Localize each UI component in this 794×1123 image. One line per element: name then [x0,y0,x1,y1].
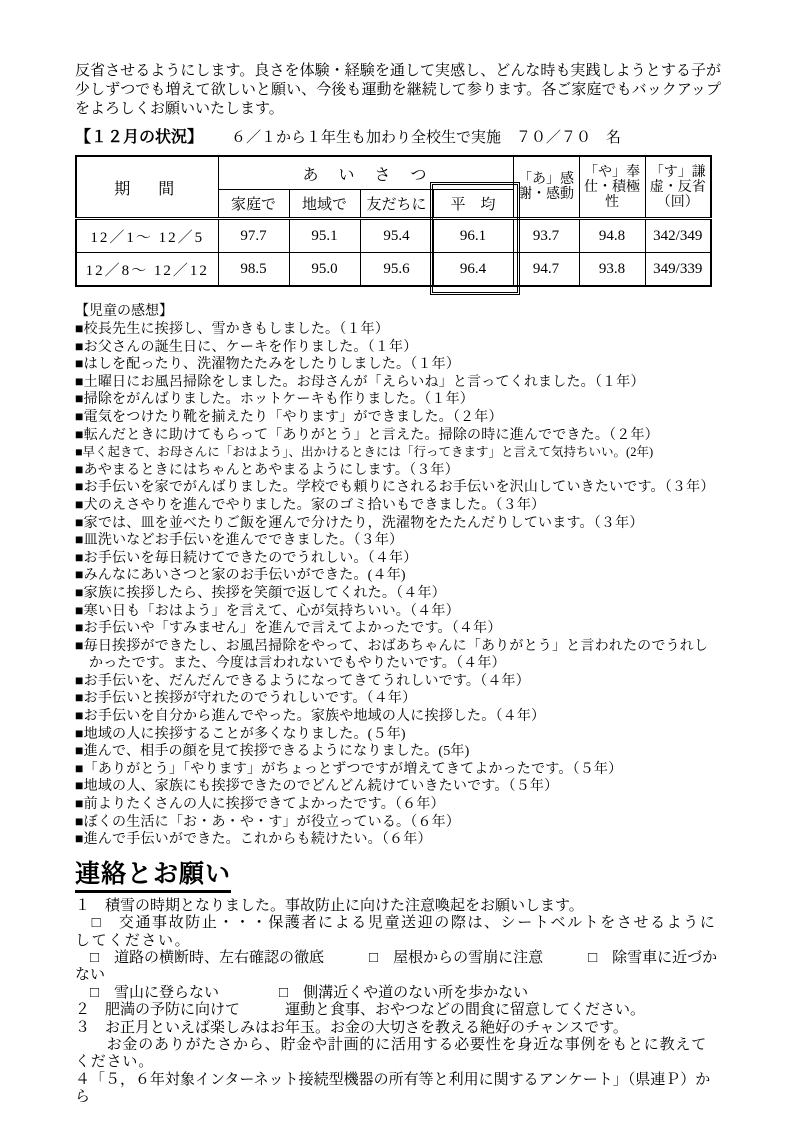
comment-item: ■ぼくの生活に「お・あ・や・す」が役立っている。（６年） [75,814,721,832]
comment-item: ■転んだときに助けてもらって「ありがとう」と言えた。掃除の時に進んでできた。（２… [75,427,721,445]
notice-line: □ 道路の横断時、左右確認の徹底 □ 屋根からの雪崩に注意 □ 除雪車に近づかな… [75,950,721,985]
comment-item: ■早く起きて、お母さんに「おはよう」、出かけるときには「行ってきます」と言えて気… [75,444,721,462]
header-a-gratitude: 「あ」感謝・感動 [513,156,579,219]
ya-value: 94.8 [579,219,645,253]
table-row-week2: 12／8～ 12／12 98.5 95.0 95.6 96.4 94.7 93.… [76,253,711,287]
community-value: 95.1 [289,219,360,253]
su-value: 349/339 [645,253,711,287]
friends-value: 95.4 [360,219,433,253]
home-value: 97.7 [218,219,289,253]
notices-heading: 連絡とお願い [75,861,721,893]
comment-item: ■家族に挨拶したら、挨拶を笑顔で返してくれた。（４年） [75,585,721,603]
comment-item: ■地域の人に挨拶することが多くなりました。(５年) [75,726,721,744]
december-status-text: ６／１から１年生も加わり全校生で実施 ７０／７０ 名 [231,130,621,146]
comment-item: ■寒い日も「おはよう」を言えて、心が気持ちいい。（４年） [75,603,721,621]
comments-heading: 【児童の感想】 [75,303,721,321]
average-value: 96.1 [433,219,513,253]
ya-value: 93.8 [579,253,645,287]
period-cell: 12／8～ 12／12 [76,253,218,287]
notice-line: □ 雪山に登らない □ 側溝近くや道のない所を歩かない [75,985,721,1002]
average-value: 96.4 [433,253,513,287]
comment-item: ■家では、皿を並べたりご飯を運んで分けたり，洗濯物をたたんだりしています。（３年… [75,515,721,533]
comment-item: ■お手伝いと挨拶が守れたのでうれしいです。（４年） [75,690,721,708]
comment-item: ■はしを配ったり、洗濯物たたみをしたりしました。（１年） [75,356,721,374]
header-to-friends: 友だちに [360,190,433,219]
notice-line: お金のありがたさから、貯金や計画的に活用する必要性を身近な事例をもとに教えてくだ… [75,1037,721,1072]
children-comments-section: 【児童の感想】 ■校長先生に挨拶し、雪かきもしました。（１年） ■お父さんの誕生… [75,303,721,849]
header-average: 平 均 [433,190,513,219]
document-page: 反省させるようにします。良さを体験・経験を通して実感し、どんな時も実践しようとす… [0,0,794,1123]
header-greeting-group: あ い さ つ [218,156,513,190]
comment-item: ■みんなにあいさつと家のお手伝いができた。(４年) [75,567,721,585]
header-su-humility: 「す」謙虚・反省（回） [645,156,711,219]
december-status-line: 【１２月の状況】６／１から１年生も加わり全校生で実施 ７０／７０ 名 [75,124,721,147]
greeting-stats-table-wrap: 期 間 あ い さ つ 「あ」感謝・感動 「や」奉仕・積極性 「す」謙虚・反省（… [75,155,715,287]
comment-item: ■お手伝いを毎日続けてできたのでうれしい。（４年） [75,550,721,568]
intro-paragraph: 反省させるようにします。良さを体験・経験を通して実感し、どんな時も実践しようとす… [75,62,721,119]
comment-item: ■お父さんの誕生日に、ケーキを作りました。（１年） [75,339,721,357]
comment-item: ■校長先生に挨拶し、雪かきもしました。（１年） [75,321,721,339]
comment-item: ■皿洗いなどお手伝いを進んでできました。（３年） [75,532,721,550]
a-value: 94.7 [513,253,579,287]
notices-heading-text: 連絡とお願い [75,861,231,893]
home-value: 98.5 [218,253,289,287]
community-value: 95.0 [289,253,360,287]
comment-item: ■お手伝いを自分から進んでやった。家族や地域の人に挨拶した。（４年） [75,708,721,726]
header-in-community: 地域で [289,190,360,219]
header-at-home: 家庭で [218,190,289,219]
header-ya-service: 「や」奉仕・積極性 [579,156,645,219]
comment-item: ■土曜日にお風呂掃除をしました。お母さんが「えらいね」と言ってくれました。（１年… [75,374,721,392]
notice-line: ２ 肥満の予防に向けて 運動と食事、おやつなどの間食に留意してください。 [75,1002,721,1019]
comment-item: ■前よりたくさんの人に挨拶できてよかったです。（６年） [75,796,721,814]
comment-item: ■電気をつけたり靴を揃えたり「やります」ができました。（２年） [75,409,721,427]
comment-item: ■お手伝いを、だんだんできるようになってきてうれしいです。（４年） [75,673,721,691]
december-status-label: 【１２月の状況】 [75,129,203,146]
comment-item: ■進んで手伝いができた。これからも続けたい。（６年） [75,831,721,849]
comment-item: ■毎日挨拶ができたし、お風呂掃除をやって、おばあちゃんに「ありがとう」と言われた… [75,638,721,673]
table-row-week1: 12／1～ 12／5 97.7 95.1 95.4 96.1 93.7 94.8… [76,219,711,253]
comment-item: ■お手伝いや「すみません」を進んで言えてよかったです。（４年） [75,620,721,638]
comment-item: ■犬のえさやりを進んでやりました。家のゴミ拾いもできました。（３年） [75,497,721,515]
notice-line: ４「５，６年対象インターネット接続型機器の所有等と利用に関するアンケート」（県連… [75,1072,721,1107]
comment-item: ■あやまるときにはちゃんとあやまるようにします。（３年） [75,462,721,480]
comment-item: ■お手伝いを家でがんばりました。学校でも頼りにされるお手伝いを沢山していきたいで… [75,479,721,497]
friends-value: 95.6 [360,253,433,287]
notices-list: １ 積雪の時期となりました。事故防止に向けた注意喚起をお願いします。 □ 交通事… [75,898,721,1107]
comment-item: ■「ありがとう」「やります」がちょっとずつですが増えてきてよかったです。（５年） [75,761,721,779]
comments-list: ■校長先生に挨拶し、雪かきもしました。（１年） ■お父さんの誕生日に、ケーキを作… [75,321,721,849]
notice-line: １ 積雪の時期となりました。事故防止に向けた注意喚起をお願いします。 [75,898,721,915]
notice-line: ３ お正月といえば楽しみはお年玉。お金の大切さを教える絶好のチャンスです。 [75,1020,721,1037]
notice-line: □ 交通事故防止・・・保護者による児童送迎の際は、シートベルトをさせるようにして… [75,915,721,950]
comment-item: ■地域の人、家族にも挨拶できたのでどんどん続けていきたいです。（５年） [75,778,721,796]
header-period: 期 間 [76,156,218,219]
su-value: 342/349 [645,219,711,253]
comment-item: ■掃除をがんばりました。ホットケーキも作りました。（１年） [75,391,721,409]
a-value: 93.7 [513,219,579,253]
period-cell: 12／1～ 12／5 [76,219,218,253]
greeting-stats-table: 期 間 あ い さ つ 「あ」感謝・感動 「や」奉仕・積極性 「す」謙虚・反省（… [75,155,712,287]
comment-item: ■進んで、相手の顔を見て挨拶できるようになりました。(5年) [75,743,721,761]
document-content: 反省させるようにします。良さを体験・経験を通して実感し、どんな時も実践しようとす… [75,62,721,1107]
